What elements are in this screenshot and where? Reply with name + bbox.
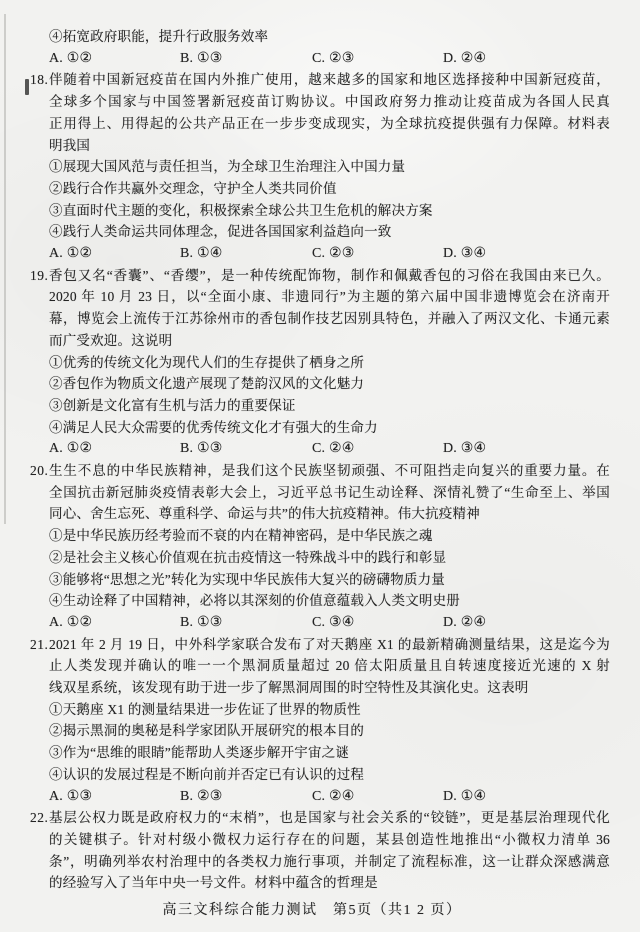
question-number: 21.	[30, 634, 48, 656]
question-stem-line: 条”，明确列举农村治理中的各类权力施行事项，并制定了流程标准，这一让群众深感满意	[30, 851, 610, 873]
question-stem-line: 明我国	[30, 135, 610, 157]
question-number: 20.	[30, 460, 48, 482]
question-stem-line: 线双星系统，该发现有助于进一步了解黑洞周围的时空特性及其演化史。这表明	[30, 677, 610, 699]
answer-option-b: B. ②③	[180, 786, 222, 808]
statement-item: ①优秀的传统文化为现代人们的生存提供了栖身之所	[30, 352, 610, 374]
statement-item: ③直面时代主题的变化，积极探索全球公共卫生危机的解决方案	[30, 200, 610, 222]
answer-option-c: C. ③④	[312, 612, 354, 634]
scan-edge-artifact	[4, 14, 6, 524]
answer-option-c: C. ②④	[312, 786, 354, 808]
options-row: A. ①②B. ①③C. ②③D. ②④	[30, 48, 610, 70]
answer-option-d: D. ②④	[443, 48, 486, 70]
statement-item: ②践行合作共赢外交理念，守护全人类共同价值	[30, 178, 610, 200]
question-stem-line: 幕，博览会上流传于江苏徐州市的香包制作技艺因别具特色，并融入了两汉文化、卡通元素	[30, 308, 610, 330]
answer-option-c: C. ②④	[312, 438, 354, 460]
question-stem-line: 2020 年 10 月 23 日，以“全面小康、非遗同行”为主题的第六届中国非遗…	[30, 286, 610, 308]
statement-item: ④满足人民大众需要的优秀传统文化才有强大的生命力	[30, 417, 610, 439]
options-row: A. ①③B. ②③C. ②④D. ①④	[30, 786, 610, 808]
answer-option-b: B. ①③	[180, 612, 222, 634]
statement-item: ④认识的发展过程是不断向前并否定已有认识的过程	[30, 764, 610, 786]
answer-option-d: D. ③④	[443, 438, 486, 460]
options-row: A. ①②B. ①④C. ②③D. ③④	[30, 243, 610, 265]
answer-option-a: A. ①②	[49, 48, 92, 70]
answer-option-b: B. ①④	[180, 243, 222, 265]
answer-option-a: A. ①③	[49, 786, 92, 808]
answer-option-b: B. ①③	[180, 48, 222, 70]
statement-item: ④生动诠释了中国精神，必将以其深刻的价值意蕴载入人类文明史册	[30, 590, 610, 612]
question-stem-line: 22.基层公权力既是政府权力的“末梢”，也是国家与社会关系的“铰链”，更是基层治…	[30, 807, 610, 829]
question-stem-line: 同心、舍生忘死、尊重科学、命运与共”的伟大抗疫精神。伟大抗疫精神	[30, 503, 610, 525]
answer-option-c: C. ②③	[312, 48, 354, 70]
answer-option-a: A. ①②	[49, 438, 92, 460]
question-stem-line: 止人类发现并确认的唯一一个黑洞质量超过 20 倍太阳质量且自转速度接近光速的 X…	[30, 655, 610, 677]
exam-flow: ④拓宽政府职能，提升行政服务效率A. ①②B. ①③C. ②③D. ②④18.伴…	[30, 26, 610, 894]
question-stem-line: 20.生生不息的中华民族精神，是我们这个民族坚韧顽强、不可阻挡走向复兴的重要力量…	[30, 460, 610, 482]
statement-item: ③能够将“思想之光”转化为实现中华民族伟大复兴的磅礴物质力量	[30, 569, 610, 591]
answer-option-d: D. ①④	[443, 786, 486, 808]
statement-item: ①天鹅座 X1 的测量结果进一步佐证了世界的物质性	[30, 699, 610, 721]
question-stem-line: 19.香包又名“香囊”、“香缨”，是一种传统配饰物，制作和佩戴香包的习俗在我国由…	[30, 265, 610, 287]
question-stem-line: 全国抗击新冠肺炎疫情表彰大会上，习近平总书记生动诠释、深情礼赞了“生命至上、举国	[30, 482, 610, 504]
answer-option-d: D. ③④	[443, 243, 486, 265]
question-stem-text: 伴随着中国新冠疫苗在国内外推广使用，越来越多的国家和地区选择接种中国新冠疫苗，	[49, 72, 610, 87]
question-stem-text: 香包又名“香囊”、“香缨”，是一种传统配饰物，制作和佩戴香包的习俗在我国由来已久…	[49, 268, 610, 283]
question-stem-text: 生生不息的中华民族精神，是我们这个民族坚韧顽强、不可阻挡走向复兴的重要力量。在	[49, 463, 610, 478]
statement-item: ①是中华民族历经考验而不衰的内在精神密码，是中华民族之魂	[30, 525, 610, 547]
exam-content: ④拓宽政府职能，提升行政服务效率A. ①②B. ①③C. ②③D. ②④18.伴…	[30, 26, 610, 919]
question-number: 18.	[30, 69, 48, 91]
answer-option-d: D. ②④	[443, 612, 486, 634]
question-stem-line: 正用得上、用得起的公共产品正在一步步变成现实，为全球抗疫提供强有力保障。材料表	[30, 113, 610, 135]
statement-item: ④践行人类命运共同体理念，促进各国国家利益趋向一致	[30, 221, 610, 243]
question-stem-line: 而广受欢迎。这说明	[30, 330, 610, 352]
answer-option-a: A. ①②	[49, 243, 92, 265]
carryover-statement-item: ④拓宽政府职能，提升行政服务效率	[30, 26, 610, 48]
options-row: A. ①②B. ①③C. ②④D. ③④	[30, 438, 610, 460]
question-stem-line: 的经验写入了当年中央一号文件。材料中蕴含的哲理是	[30, 872, 610, 894]
scanned-exam-page: ④拓宽政府职能，提升行政服务效率A. ①②B. ①③C. ②③D. ②④18.伴…	[0, 0, 640, 932]
question-stem-line: 全球多个国家与中国签署新冠疫苗订购协议。中国政府努力推动让疫苗成为各国人民真	[30, 91, 610, 113]
statement-item: ②揭示黑洞的奥秘是科学家团队开展研究的根本目的	[30, 720, 610, 742]
statement-item: ②是社会主义核心价值观在抗击疫情这一特殊战斗中的践行和彰显	[30, 547, 610, 569]
options-row: A. ①②B. ①③C. ③④D. ②④	[30, 612, 610, 634]
statement-item: ③作为“思维的眼睛”能帮助人类逐步解开宇宙之谜	[30, 742, 610, 764]
scan-ink-mark	[25, 79, 29, 95]
question-stem-line: 18.伴随着中国新冠疫苗在国内外推广使用，越来越多的国家和地区选择接种中国新冠疫…	[30, 69, 610, 91]
answer-option-a: A. ①②	[49, 612, 92, 634]
question-number: 22.	[30, 807, 48, 829]
question-stem-line: 的关键棋子。针对村级小微权力运行存在的问题，某县创造性地推出“小微权力清单 36	[30, 829, 610, 851]
statement-item: ②香包作为物质文化遗产展现了楚韵汉风的文化魅力	[30, 373, 610, 395]
statement-item: ①展现大国风范与责任担当，为全球卫生治理注入中国力量	[30, 156, 610, 178]
answer-option-b: B. ①③	[180, 438, 222, 460]
question-stem-text: 基层公权力既是政府权力的“末梢”，也是国家与社会关系的“铰链”，更是基层治理现代…	[49, 810, 610, 825]
statement-item: ③创新是文化富有生机与活力的重要保证	[30, 395, 610, 417]
question-number: 19.	[30, 265, 48, 287]
page-footer: 高三文科综合能力测试 第5页（共1 2 页）	[22, 899, 602, 919]
question-stem-line: 21.2021 年 2 月 19 日，中外科学家联合发布了对天鹅座 X1 的最新…	[30, 634, 610, 656]
answer-option-c: C. ②③	[312, 243, 354, 265]
question-stem-text: 2021 年 2 月 19 日，中外科学家联合发布了对天鹅座 X1 的最新精确测…	[49, 637, 610, 652]
